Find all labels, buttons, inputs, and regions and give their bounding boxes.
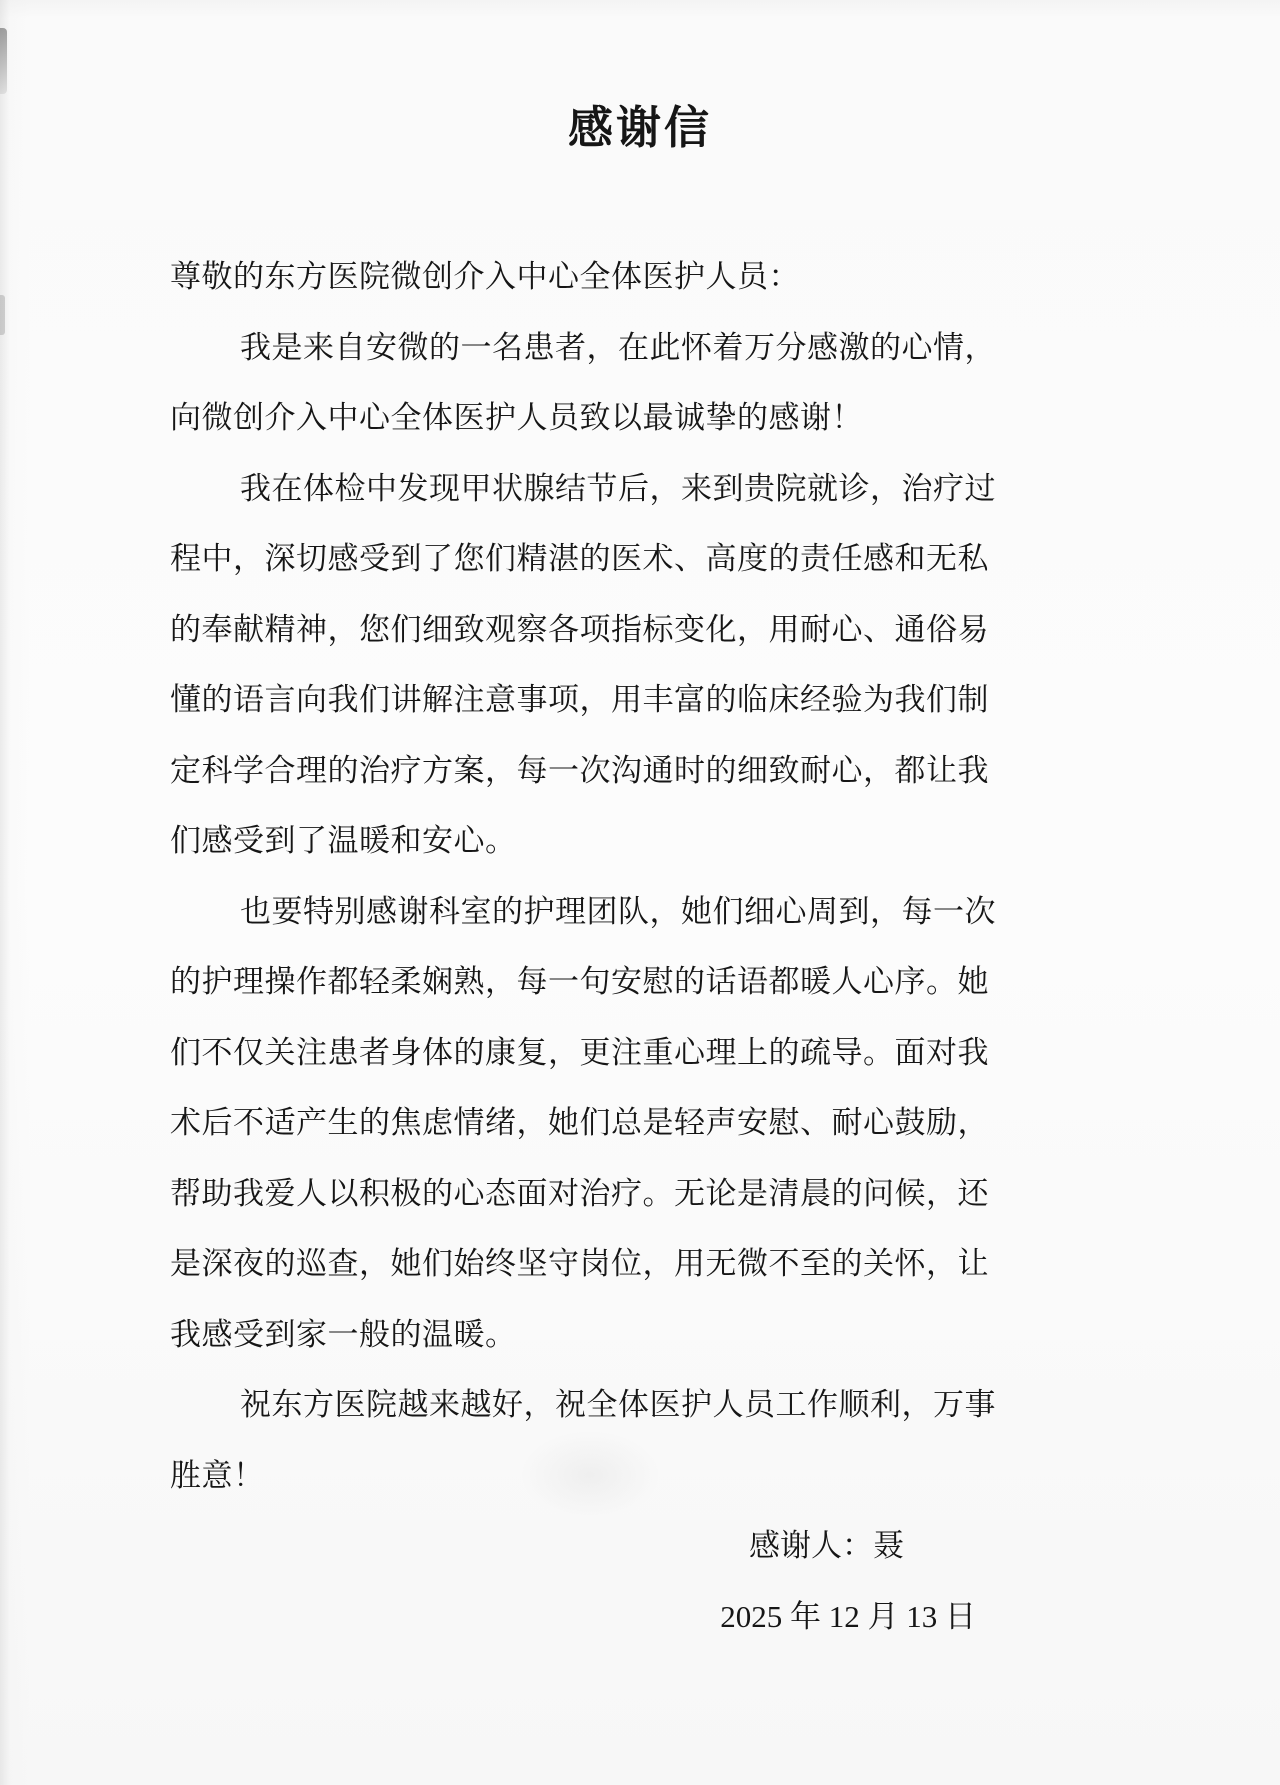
scan-edge-artifact (0, 28, 7, 94)
paragraph-line: 我在体检中发现甲状腺结节后，来到贵院就诊，治疗过 (170, 454, 1002, 525)
paragraph-line: 定科学合理的治疗方案，每一次沟通时的细致耐心，都让我 (170, 736, 1002, 807)
letter-title: 感谢信 (0, 0, 1280, 156)
paragraph-line: 懂的语言向我们讲解注意事项，用丰富的临床经验为我们制 (170, 665, 1002, 736)
signature-block: 感谢人：聂 2025 年 12 月 13 日 (170, 1511, 1002, 1652)
salutation: 尊敬的东方医院微创介入中心全体医护人员： (170, 242, 1002, 313)
date-line: 2025 年 12 月 13 日 (170, 1582, 1002, 1653)
scan-edge-artifact (0, 295, 5, 335)
paragraph-line: 是深夜的巡查，她们始终坚守岗位，用无微不至的关怀，让 (170, 1229, 1002, 1300)
scan-smudge-artifact (520, 1430, 660, 1520)
paragraph-line: 的奉献精神，您们细致观察各项指标变化，用耐心、通俗易 (170, 595, 1002, 666)
paragraph-line: 向微创介入中心全体医护人员致以最诚挚的感谢！ (170, 383, 1002, 454)
paragraph-line: 程中，深切感受到了您们精湛的医术、高度的责任感和无私 (170, 524, 1002, 595)
signature-line: 感谢人：聂 (170, 1511, 1002, 1582)
paragraph-line: 我感受到家一般的温暖。 (170, 1300, 1002, 1371)
paragraph-line: 们感受到了温暖和安心。 (170, 806, 1002, 877)
paragraphs: 我是来自安微的一名患者，在此怀着万分感激的心情，向微创介入中心全体医护人员致以最… (170, 313, 1002, 1512)
letter-page: 感谢信 尊敬的东方医院微创介入中心全体医护人员： 我是来自安微的一名患者，在此怀… (0, 0, 1280, 1785)
paragraph-line: 也要特别感谢科室的护理团队，她们细心周到，每一次 (170, 877, 1002, 948)
paragraph-line: 的护理操作都轻柔娴熟，每一句安慰的话语都暖人心序。她 (170, 947, 1002, 1018)
paragraph-line: 帮助我爱人以积极的心态面对治疗。无论是清晨的问候，还 (170, 1159, 1002, 1230)
letter-body: 尊敬的东方医院微创介入中心全体医护人员： 我是来自安微的一名患者，在此怀着万分感… (170, 242, 1002, 1511)
paragraph-line: 术后不适产生的焦虑情绪，她们总是轻声安慰、耐心鼓励， (170, 1088, 1002, 1159)
paragraph-line: 们不仅关注患者身体的康复，更注重心理上的疏导。面对我 (170, 1018, 1002, 1089)
paragraph-line: 我是来自安微的一名患者，在此怀着万分感激的心情， (170, 313, 1002, 384)
